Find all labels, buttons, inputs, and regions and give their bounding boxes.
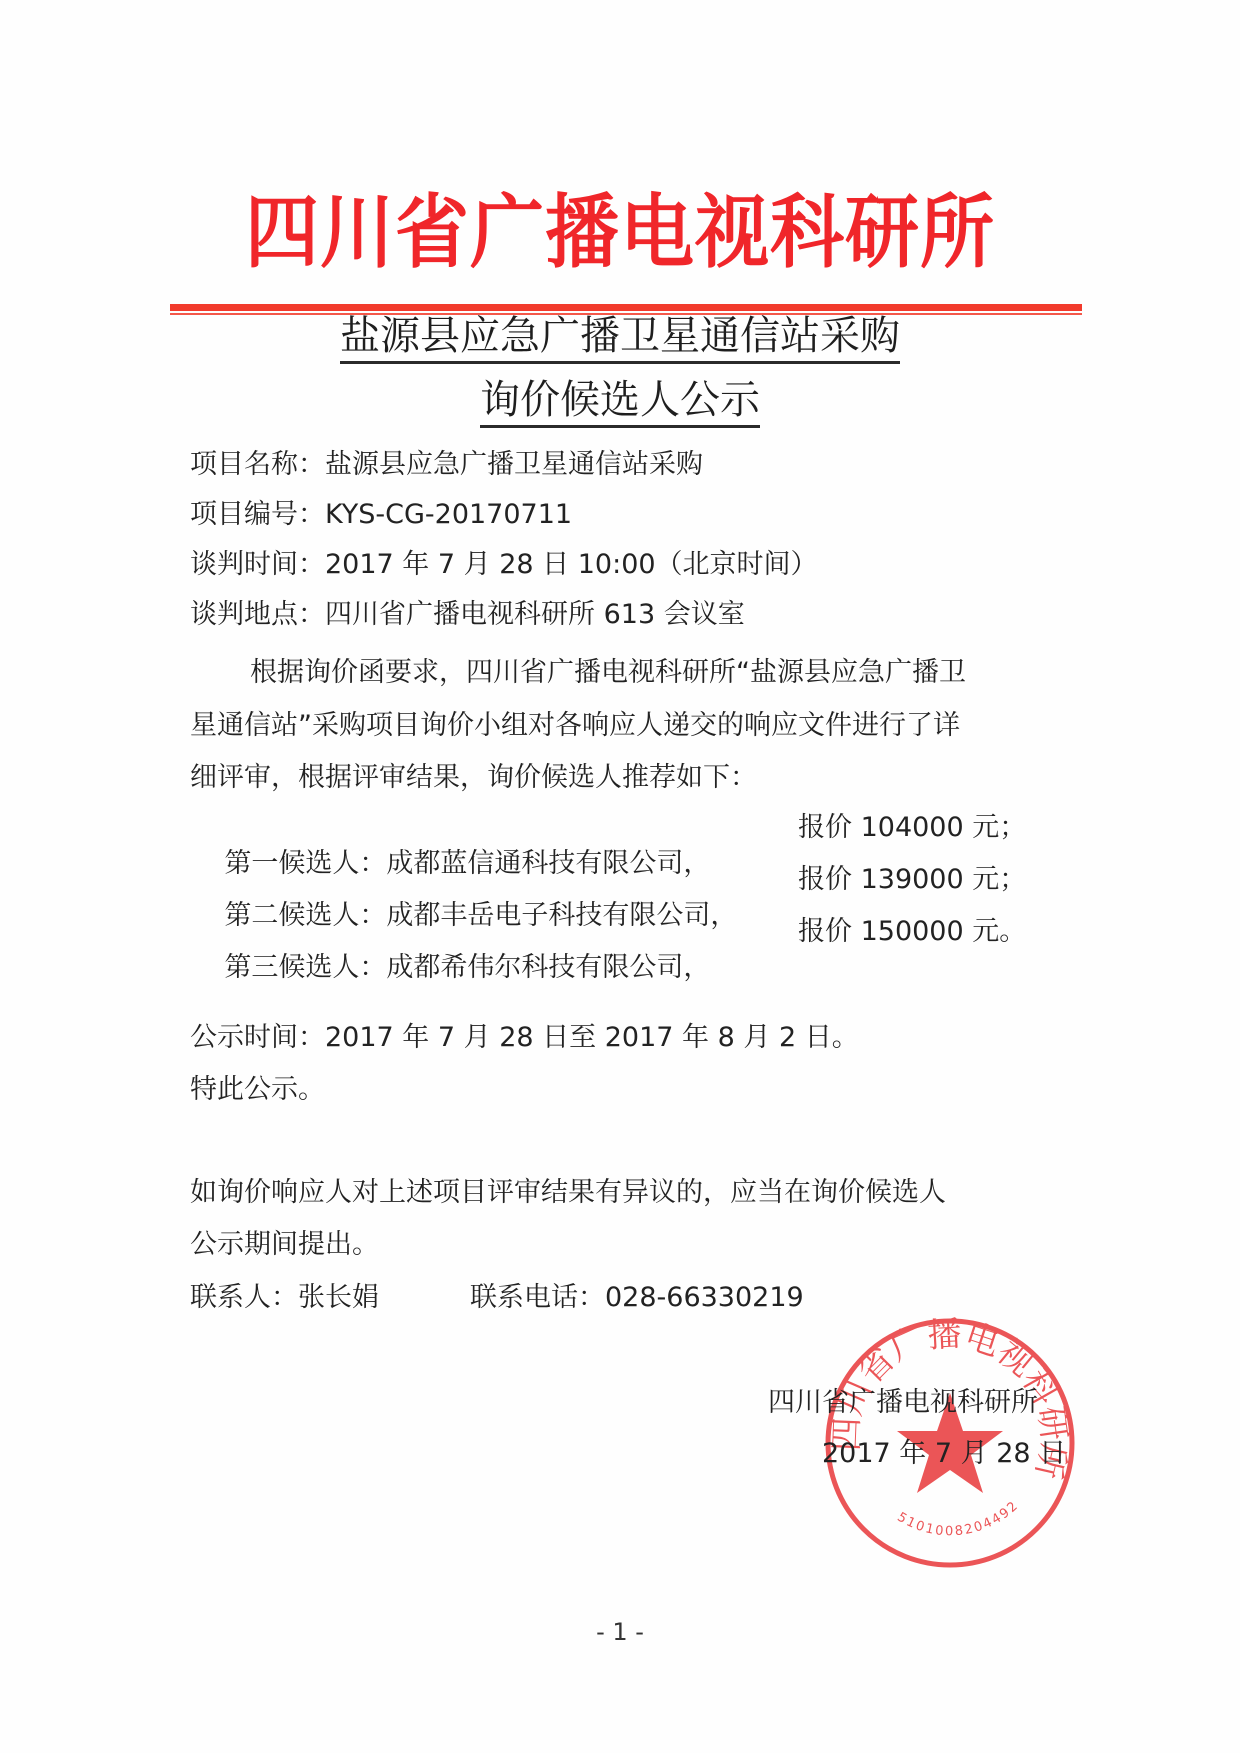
document-page: 四川省广播电视科研所 盐源县应急广播卫星通信站采购 询价候选人公示 项目名称：盐… bbox=[0, 0, 1240, 1753]
organization-letterhead: 四川省广播电视科研所 bbox=[0, 184, 1240, 281]
field-value: KYS-CG-20170711 bbox=[325, 499, 572, 530]
body-paragraph-line-3: 细评审，根据评审结果，询价候选人推荐如下： bbox=[190, 760, 757, 796]
document-title-line-2: 询价候选人公示 bbox=[0, 374, 1240, 426]
contact-person-name: 张长娟 bbox=[298, 1282, 379, 1313]
field-label: 谈判地点： bbox=[190, 599, 325, 630]
field-project-number: 项目编号：KYS-CG-20170711 bbox=[190, 497, 572, 533]
svg-text:5101008204492: 5101008204492 bbox=[895, 1498, 1023, 1540]
contact-person: 联系人：张长娟 bbox=[190, 1280, 379, 1316]
publicity-closing: 特此公示。 bbox=[190, 1072, 325, 1108]
contact-person-label: 联系人： bbox=[190, 1282, 298, 1313]
field-negotiation-time: 谈判时间：2017 年 7 月 28 日 10:00（北京时间） bbox=[190, 547, 818, 583]
field-negotiation-location: 谈判地点：四川省广播电视科研所 613 会议室 bbox=[190, 597, 745, 633]
body-paragraph-line-2: 星通信站”采购项目询价小组对各响应人递交的响应文件进行了详 bbox=[190, 708, 960, 744]
field-project-name: 项目名称：盐源县应急广播卫星通信站采购 bbox=[190, 447, 703, 483]
candidate-price: 报价 139000 元； bbox=[798, 862, 1026, 898]
field-label: 项目名称： bbox=[190, 449, 325, 480]
field-value: 盐源县应急广播卫星通信站采购 bbox=[325, 449, 703, 480]
signature-date: 2017 年 7 月 28 日 bbox=[822, 1436, 1066, 1472]
contact-phone-label: 联系电话： bbox=[470, 1282, 605, 1313]
title-text-2: 询价候选人公示 bbox=[480, 377, 760, 428]
document-title-line-1: 盐源县应急广播卫星通信站采购 bbox=[0, 310, 1240, 362]
contact-phone: 联系电话：028-66330219 bbox=[470, 1280, 804, 1316]
title-text-1: 盐源县应急广播卫星通信站采购 bbox=[340, 313, 900, 364]
field-value: 2017 年 7 月 28 日 10:00（北京时间） bbox=[325, 549, 818, 580]
field-value: 四川省广播电视科研所 613 会议室 bbox=[325, 599, 745, 630]
body-paragraph-line-1: 根据询价函要求，四川省广播电视科研所“盐源县应急广播卫 bbox=[250, 655, 966, 691]
signature-organization: 四川省广播电视科研所 bbox=[768, 1385, 1038, 1421]
publicity-period: 公示时间：2017 年 7 月 28 日至 2017 年 8 月 2 日。 bbox=[190, 1020, 859, 1056]
objection-line-1: 如询价响应人对上述项目评审结果有异议的，应当在询价候选人 bbox=[190, 1175, 946, 1211]
page-number: - 1 - bbox=[0, 1618, 1240, 1646]
field-label: 项目编号： bbox=[190, 499, 325, 530]
candidate-price: 报价 104000 元； bbox=[798, 810, 1026, 846]
candidate-rank: 第三候选人： bbox=[224, 952, 386, 983]
field-label: 谈判时间： bbox=[190, 549, 325, 580]
contact-phone-number: 028-66330219 bbox=[605, 1282, 804, 1313]
objection-line-2: 公示期间提出。 bbox=[190, 1227, 379, 1263]
candidate-price: 报价 150000 元。 bbox=[798, 914, 1026, 950]
candidate-company: 成都希伟尔科技有限公司， bbox=[386, 952, 710, 983]
